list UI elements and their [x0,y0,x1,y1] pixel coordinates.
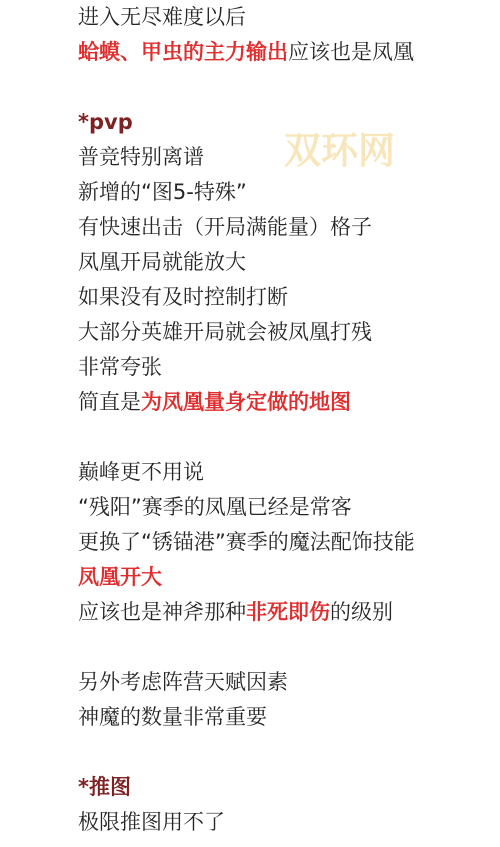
paragraph: 另外考虑阵营天赋因素神魔的数量非常重要 [78,665,490,735]
body-text: 应该也是凤凰 [288,40,414,64]
body-text: 简直是 [78,390,141,414]
text-line: 新增的“图5-特殊” [78,175,490,210]
body-text: 更换了“锈锚港”赛季的魔法配饰技能 [78,530,415,554]
emphasis-text: 凤凰开大 [78,565,162,589]
paragraph: *pvp普竞特别离谱新增的“图5-特殊”有快速出击（开局满能量）格子凤凰开局就能… [78,105,490,420]
body-text: 巅峰更不用说 [78,460,204,484]
text-line: 巅峰更不用说 [78,455,490,490]
paragraph: *推图极限推图用不了 [78,770,490,840]
text-line: 简直是为凤凰量身定做的地图 [78,385,490,420]
section-header: *推图 [78,775,131,799]
body-text: 神魔的数量非常重要 [78,705,267,729]
body-text: 大部分英雄开局就会被凤凰打残 [78,320,372,344]
text-line: 如果没有及时控制打断 [78,280,490,315]
article-body: 进入无尽难度以后蛤蟆、甲虫的主力输出应该也是凤凰*pvp普竞特别离谱新增的“图5… [78,0,490,840]
body-text: 新增的“图5-特殊” [78,180,247,204]
body-text: 进入无尽难度以后 [78,5,246,29]
body-text: 非常夸张 [78,355,162,379]
text-line: 非常夸张 [78,350,490,385]
body-text: 极限推图用不了 [78,810,225,834]
body-text: 的级别 [330,600,393,624]
text-line: 大部分英雄开局就会被凤凰打残 [78,315,490,350]
body-text: 另外考虑阵营天赋因素 [78,670,288,694]
text-line: 进入无尽难度以后 [78,0,490,35]
body-text: “残阳”赛季的凤凰已经是常客 [78,495,352,519]
text-line: 更换了“锈锚港”赛季的魔法配饰技能 [78,525,490,560]
text-line: 另外考虑阵营天赋因素 [78,665,490,700]
text-line: 蛤蟆、甲虫的主力输出应该也是凤凰 [78,35,490,70]
text-line: 凤凰开大 [78,560,490,595]
text-line: 极限推图用不了 [78,805,490,840]
body-text: 凤凰开局就能放大 [78,250,246,274]
emphasis-text: 为凤凰量身定做的地图 [141,390,351,414]
emphasis-text: 非死即伤 [246,600,330,624]
body-text: 有快速出击（开局满能量）格子 [78,215,372,239]
body-text: 普竞特别离谱 [78,145,204,169]
text-line: *pvp [78,105,490,140]
text-line: “残阳”赛季的凤凰已经是常客 [78,490,490,525]
body-text: 应该也是神斧那种 [78,600,246,624]
text-line: 神魔的数量非常重要 [78,700,490,735]
text-line: 普竞特别离谱 [78,140,490,175]
text-line: 有快速出击（开局满能量）格子 [78,210,490,245]
paragraph: 巅峰更不用说“残阳”赛季的凤凰已经是常客更换了“锈锚港”赛季的魔法配饰技能凤凰开… [78,455,490,630]
emphasis-text: 蛤蟆、甲虫的主力输出 [78,40,288,64]
text-line: 凤凰开局就能放大 [78,245,490,280]
body-text: 如果没有及时控制打断 [78,285,288,309]
section-header: *pvp [78,110,133,134]
paragraph: 进入无尽难度以后蛤蟆、甲虫的主力输出应该也是凤凰 [78,0,490,70]
text-line: 应该也是神斧那种非死即伤的级别 [78,595,490,630]
text-line: *推图 [78,770,490,805]
